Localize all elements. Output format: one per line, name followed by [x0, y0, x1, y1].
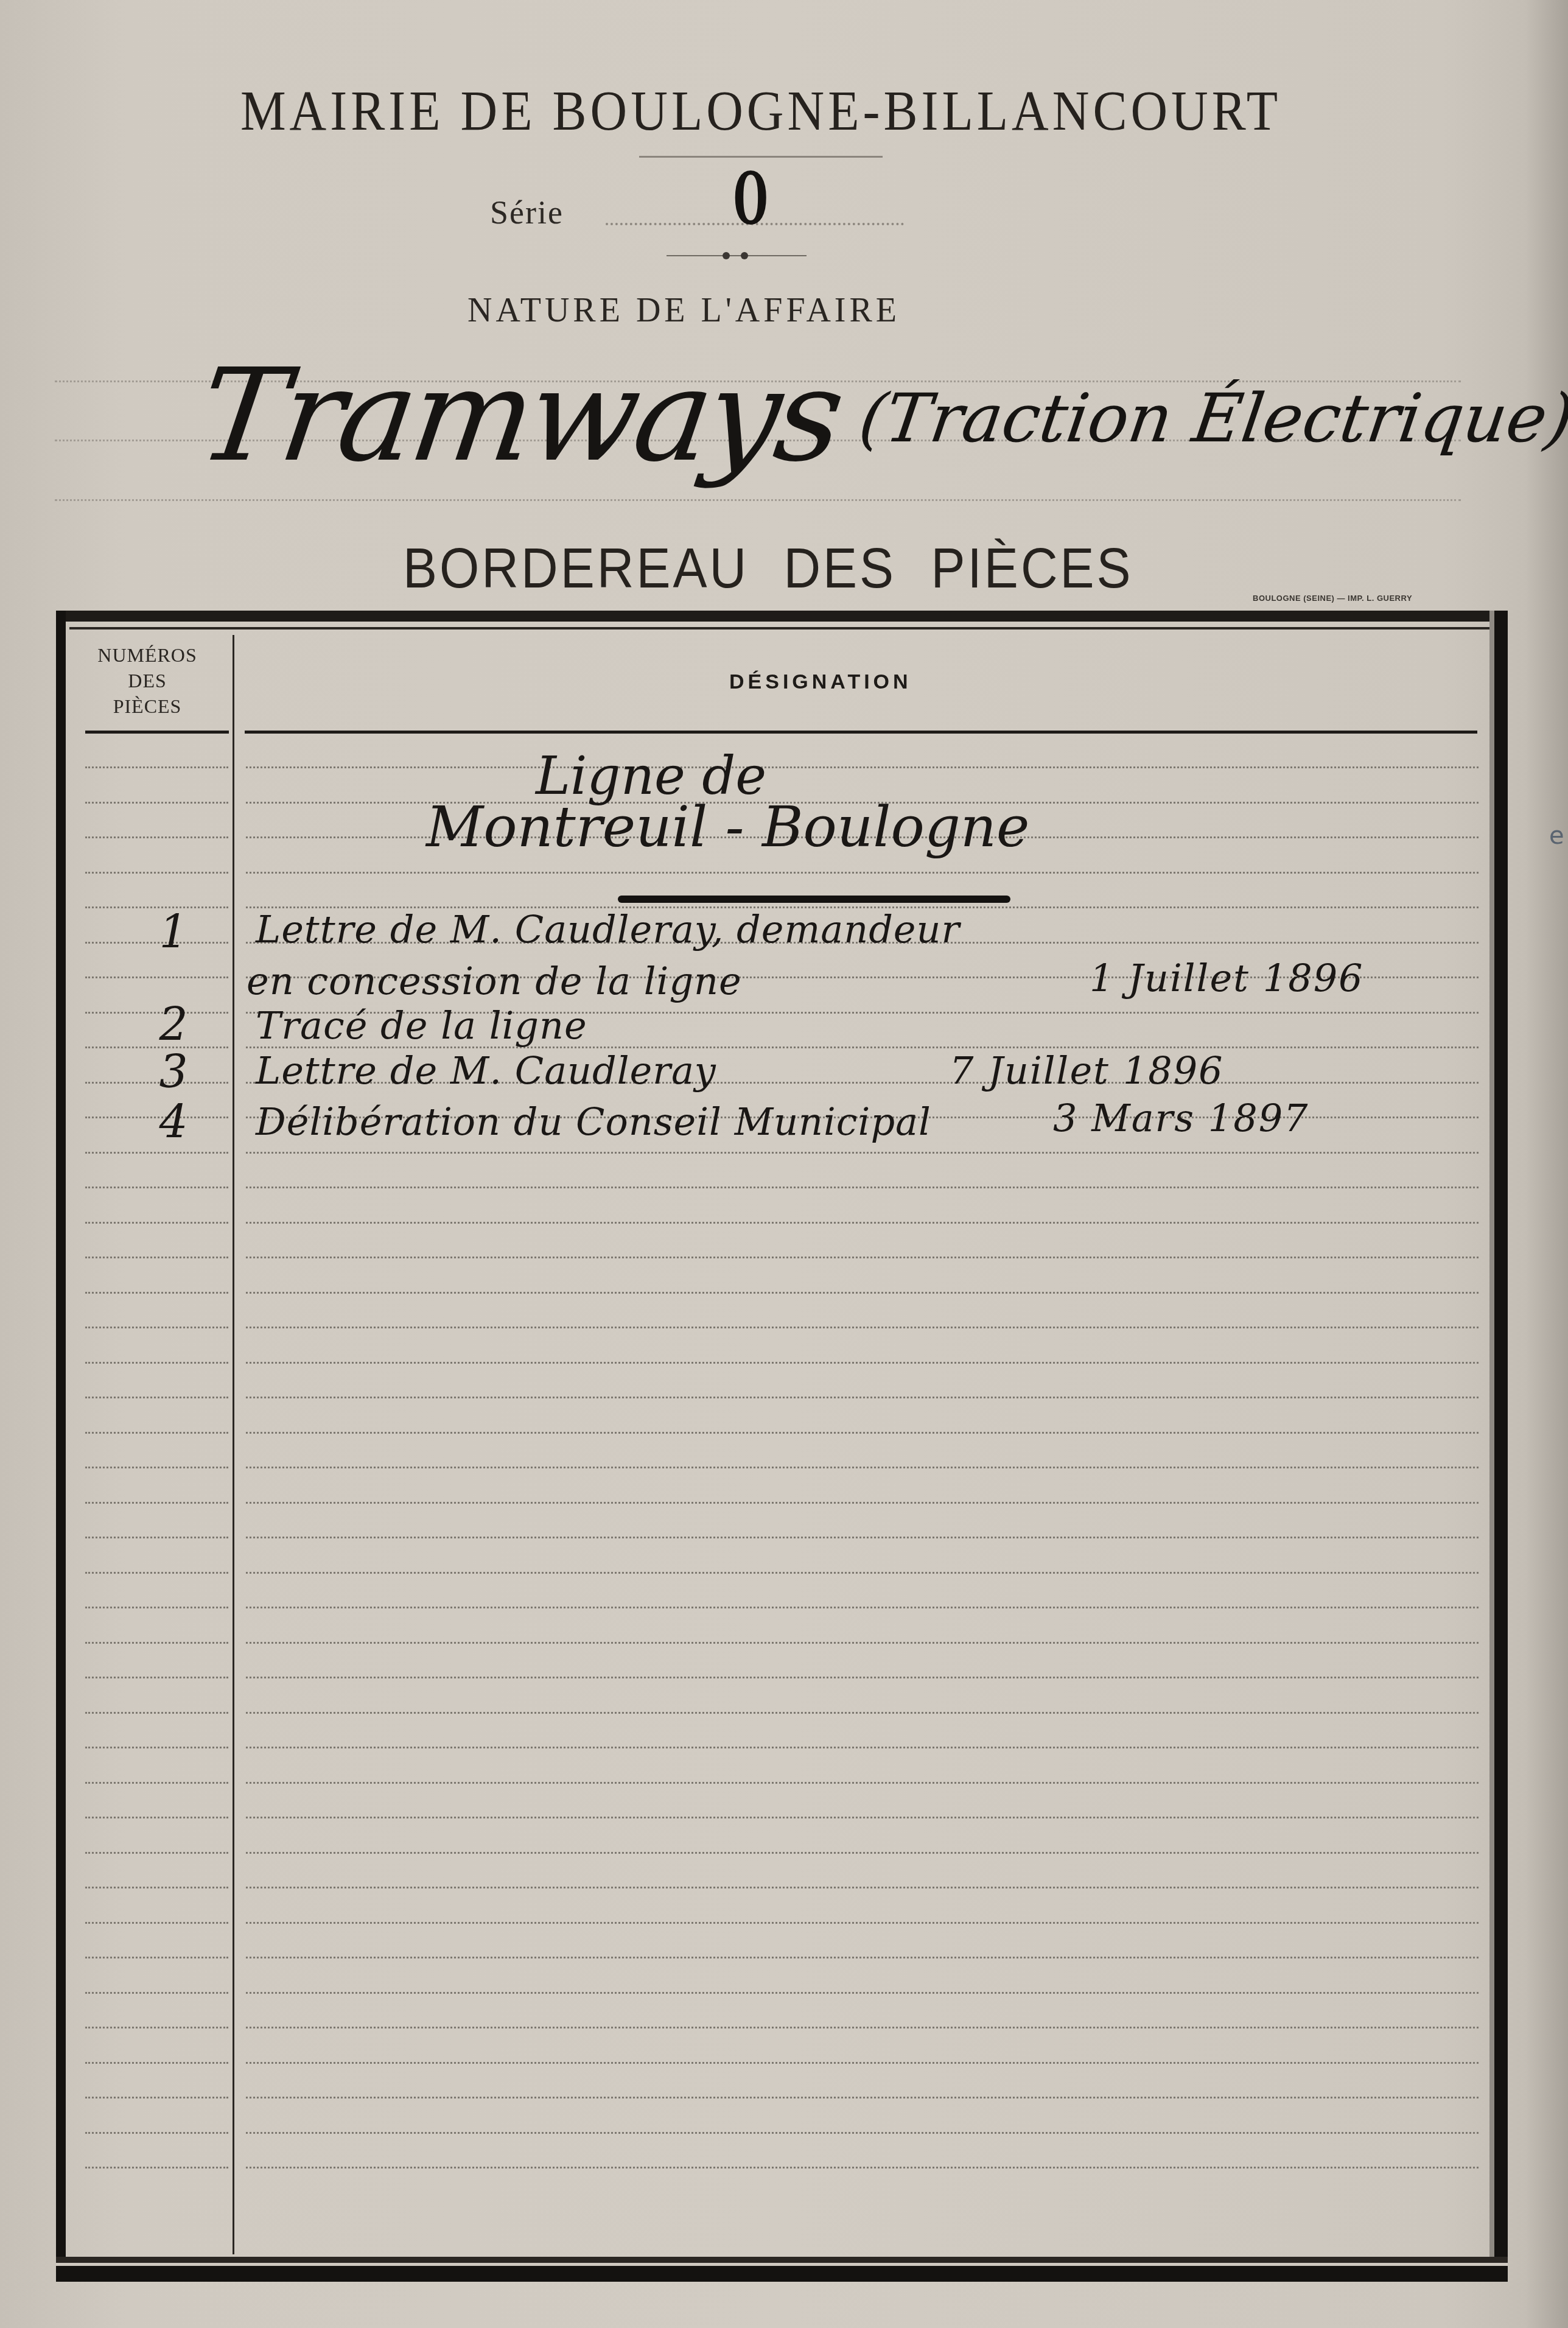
ruled-line — [246, 1607, 1479, 1608]
ruled-line — [246, 1502, 1479, 1504]
ruled-line — [85, 1922, 228, 1924]
ruled-line — [246, 872, 1479, 874]
ruled-line — [246, 1572, 1479, 1574]
entry-date: 1 Juillet 1896 — [1090, 956, 1364, 1000]
pieces-table: NUMÉROS DES PIÈCES DÉSIGNATION — [56, 611, 1508, 2282]
ruled-line — [246, 1397, 1479, 1398]
ruled-line — [85, 872, 228, 874]
ruled-line — [85, 1817, 228, 1818]
ruled-line — [85, 1957, 228, 1958]
entry-date: 7 Juillet 1896 — [950, 1048, 1224, 1093]
ruled-line — [85, 1537, 228, 1538]
ruled-line — [246, 1747, 1479, 1748]
entry-text: Tracé de la ligne — [256, 1003, 587, 1048]
ruled-line — [246, 1187, 1479, 1188]
ruled-line — [246, 1257, 1479, 1258]
ruled-line — [85, 2027, 228, 2028]
form-title: BORDEREAU DES PIÈCES — [403, 536, 1133, 601]
ruled-line — [246, 1817, 1479, 1818]
affaire-title: Tramways (Traction Électrique) — [201, 341, 1568, 490]
column-header-numeros: NUMÉROS DES PIÈCES — [74, 642, 220, 719]
ruled-line — [246, 1537, 1479, 1538]
ruled-line — [246, 1222, 1479, 1224]
ruled-line — [85, 1642, 228, 1644]
ornament-divider — [667, 251, 807, 261]
ruled-line — [246, 1292, 1479, 1294]
ruled-line — [85, 2062, 228, 2064]
ruled-line — [85, 836, 228, 838]
ruled-line — [246, 1677, 1479, 1678]
ruled-line — [85, 2167, 228, 2168]
header-rule — [85, 731, 229, 734]
ruled-line — [246, 1852, 1479, 1854]
ruled-line — [85, 1327, 228, 1328]
entry-number: 1 — [146, 906, 201, 958]
ruled-line — [85, 1152, 228, 1154]
entry-date: 3 Mars 1897 — [1053, 1096, 1309, 1140]
serie-label: Série — [490, 194, 564, 231]
ruled-line — [85, 1257, 228, 1258]
frame-border-left — [56, 611, 66, 2274]
frame-border-right — [1494, 611, 1508, 2274]
ruled-line — [85, 1292, 228, 1294]
ruled-line — [85, 1747, 228, 1748]
ruled-line — [246, 1467, 1479, 1468]
entry-number: 3 — [146, 1046, 201, 1098]
ruled-line — [85, 1607, 228, 1608]
frame-border-bottom — [56, 2263, 1508, 2282]
ruled-line — [246, 1327, 1479, 1328]
ruled-line — [246, 1992, 1479, 1994]
ruled-line — [246, 1432, 1479, 1434]
ruled-line — [85, 1502, 228, 1504]
ruled-line — [85, 1362, 228, 1364]
serie-value: O — [733, 156, 768, 240]
entry-text: Lettre de M. Caudleray, demandeur — [256, 907, 960, 952]
institution-title: MAIRIE DE BOULOGNE-BILLANCOURT — [170, 78, 1351, 144]
ruled-line — [246, 2167, 1479, 2168]
entry-text-continued: en concession de la ligne — [247, 959, 742, 1003]
subject-underline — [618, 896, 1010, 903]
ruled-line — [85, 1852, 228, 1854]
subject-line-2: Montreuil - Boulogne — [426, 794, 1030, 860]
entry-number: 4 — [146, 1096, 201, 1148]
entry-text: Délibération du Conseil Municipal — [256, 1099, 931, 1144]
ruled-line — [246, 1922, 1479, 1924]
ruled-line — [246, 1782, 1479, 1784]
ruled-line — [246, 2097, 1479, 2098]
ruled-line — [85, 802, 228, 804]
ruled-line — [85, 1572, 228, 1574]
ruled-line — [85, 2132, 228, 2134]
ruled-line — [85, 1432, 228, 1434]
ruled-line — [85, 1397, 228, 1398]
ruled-line — [246, 1712, 1479, 1714]
frame-border-top — [56, 611, 1508, 622]
ruled-line — [246, 1362, 1479, 1364]
ruled-line — [85, 1782, 228, 1784]
ruled-line — [85, 1677, 228, 1678]
column-divider — [233, 635, 234, 2254]
ruled-line — [85, 976, 228, 978]
ruled-line — [246, 2027, 1479, 2028]
ruled-line — [85, 1222, 228, 1224]
header-rule — [245, 731, 1477, 734]
frame-inner-rule — [69, 627, 1491, 629]
column-header-designation: DÉSIGNATION — [729, 670, 912, 694]
ruled-line — [246, 766, 1479, 768]
ruled-line — [246, 1642, 1479, 1644]
ruled-line — [85, 766, 228, 768]
nature-label: NATURE DE L'AFFAIRE — [467, 291, 900, 330]
entry-number: 2 — [146, 998, 201, 1051]
margin-note: e — [1549, 822, 1564, 850]
ruled-line — [85, 1887, 228, 1888]
ruled-line — [85, 1992, 228, 1994]
ruled-line — [85, 1467, 228, 1468]
ruled-line — [246, 1887, 1479, 1888]
affaire-rule — [55, 499, 1461, 501]
ruled-line — [85, 1187, 228, 1188]
entry-text: Lettre de M. Caudleray — [256, 1048, 716, 1093]
ruled-line — [85, 1712, 228, 1714]
affaire-main: Tramways — [191, 341, 850, 490]
affaire-sub: (Traction Électrique) — [855, 379, 1568, 457]
ruled-line — [246, 2132, 1479, 2134]
ruled-line — [246, 1957, 1479, 1958]
ruled-line — [246, 2062, 1479, 2064]
printer-mark: BOULOGNE (SEINE) — IMP. L. GUERRY — [1253, 594, 1412, 603]
ruled-line — [85, 2097, 228, 2098]
ruled-line — [246, 1152, 1479, 1154]
